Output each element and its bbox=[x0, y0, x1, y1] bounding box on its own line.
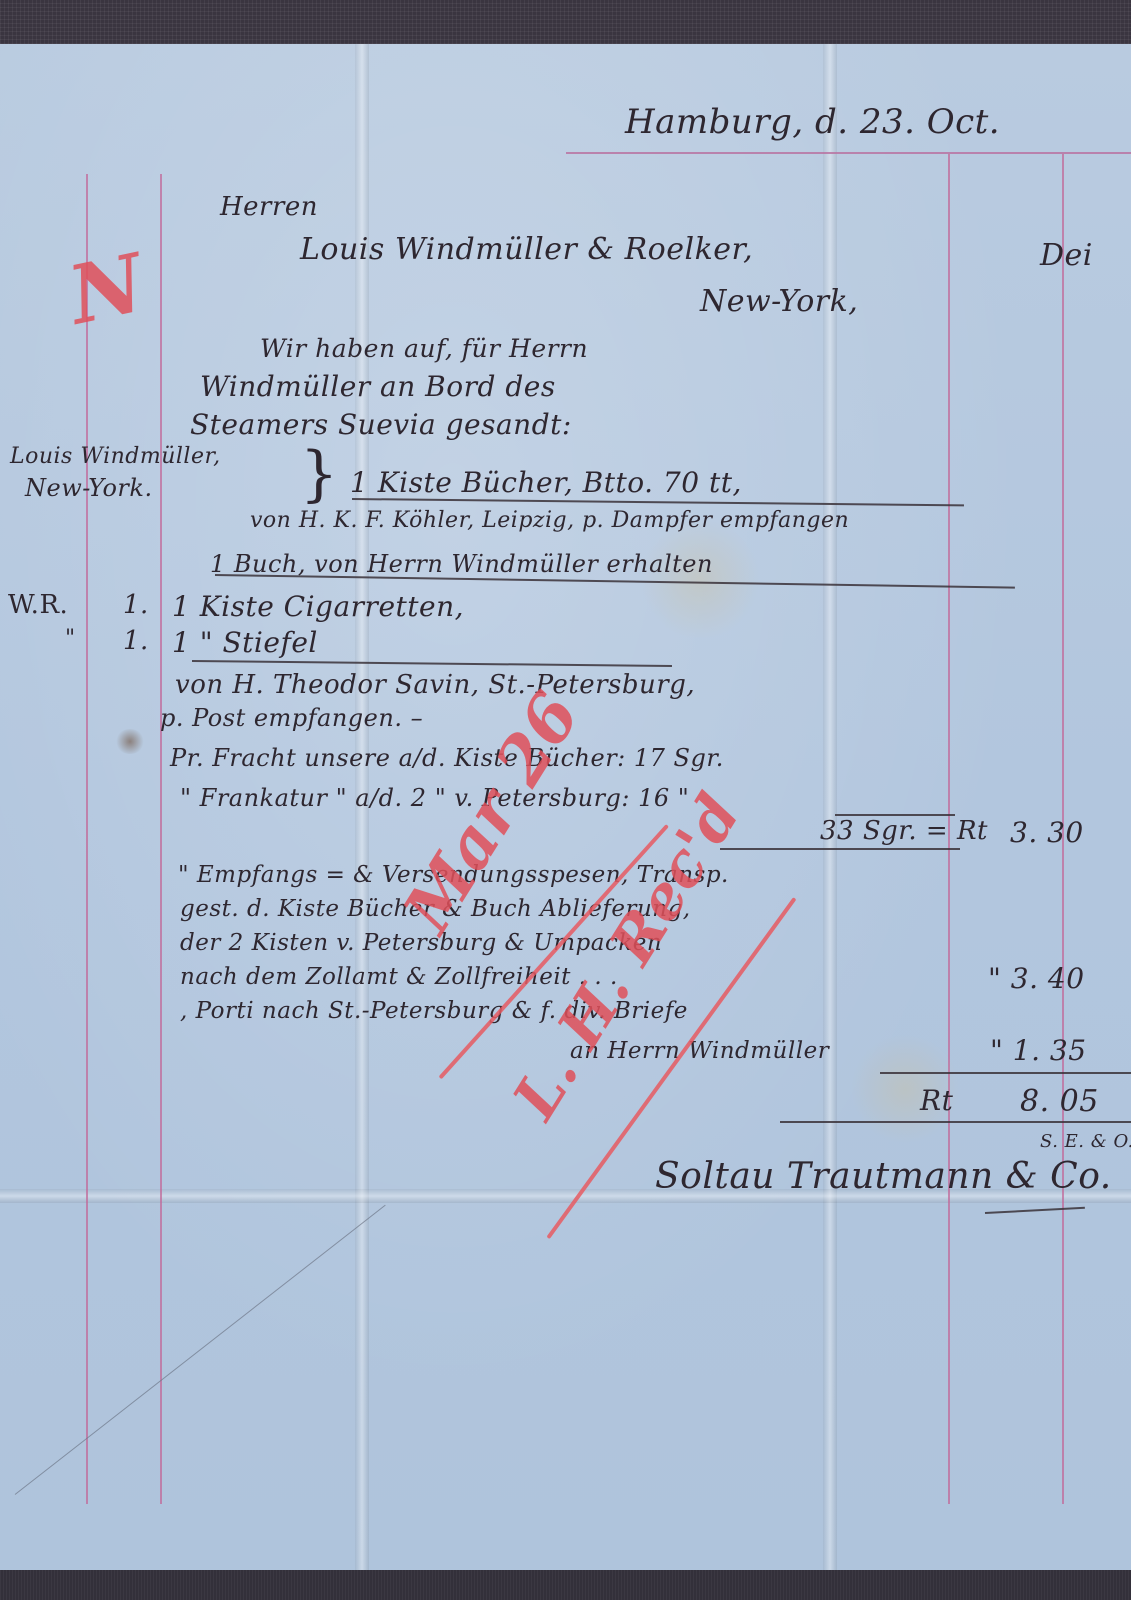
item-row-5: 1 " Stiefel bbox=[172, 626, 318, 659]
intro-line-2: Windmüller an Bord des bbox=[200, 370, 556, 403]
total-rule bbox=[780, 1121, 1131, 1123]
item-underline bbox=[352, 498, 964, 506]
place-date: Hamburg, d. 23. Oct. bbox=[625, 102, 1000, 142]
header-rule bbox=[566, 152, 1131, 154]
recipient-name: Louis Windmüller & Roelker, bbox=[300, 232, 753, 267]
body-line: nach dem Zollamt & Zollfreiheit . . . bbox=[180, 964, 618, 990]
margin-note-line-1: Louis Windmüller, bbox=[10, 444, 221, 469]
item-row-4: 1 Kiste Cigarretten, bbox=[172, 590, 464, 623]
scan-backdrop-top bbox=[0, 0, 1131, 44]
salutation: Herren bbox=[220, 192, 318, 222]
recipient-suffix: Dei bbox=[1040, 238, 1093, 273]
sum-rule bbox=[880, 1072, 1131, 1074]
item-row-1: 1 Kiste Bücher, Btto. 70 tt, bbox=[350, 466, 742, 499]
handling-value: " 3. 40 bbox=[988, 962, 1085, 995]
windmuller-value: " 1. 35 bbox=[990, 1034, 1087, 1067]
brace-symbol: } bbox=[300, 439, 339, 509]
paper-tear bbox=[15, 1205, 386, 1495]
item-mark-wr: W.R. bbox=[8, 590, 68, 620]
intro-line-1: Wir haben auf, für Herrn bbox=[260, 334, 588, 363]
signature: Soltau Trautmann & Co. bbox=[655, 1156, 1112, 1197]
body-line: p. Post empfangen. – bbox=[160, 704, 423, 732]
item-row-2: von H. K. F. Köhler, Leipzig, p. Dampfer… bbox=[250, 508, 849, 533]
paper-stain bbox=[640, 519, 760, 639]
item-row-3: 1 Buch, von Herrn Windmüller erhalten bbox=[210, 550, 713, 578]
scan-backdrop-bottom bbox=[0, 1570, 1131, 1600]
subtotal-label: 33 Sgr. = Rt bbox=[820, 816, 988, 846]
total-label: Rt bbox=[920, 1084, 953, 1117]
subtotal-value: 3. 30 bbox=[1010, 816, 1084, 849]
item-num: 1. bbox=[123, 590, 149, 620]
body-line: von H. Theodor Savin, St.-Petersburg, bbox=[175, 670, 695, 700]
letter-sheet: Hamburg, d. 23. Oct. Herren Louis Windmü… bbox=[0, 44, 1131, 1570]
body-line: Pr. Fracht unsere a/d. Kiste Bücher: 17 … bbox=[170, 744, 724, 772]
item-num: 1. bbox=[123, 626, 149, 656]
errors-excepted: S. E. & O. bbox=[1040, 1131, 1131, 1152]
item-underline bbox=[192, 660, 672, 667]
body-line: " Frankatur " a/d. 2 " v. Petersburg: 16… bbox=[180, 784, 689, 812]
margin-rule bbox=[160, 174, 162, 1504]
red-annotation-line-2: L. H. Rec'd bbox=[500, 782, 754, 1131]
item-mark-ditto: " bbox=[65, 626, 76, 651]
fold-line-vertical bbox=[823, 44, 837, 1570]
margin-note-line-2: New-York. bbox=[25, 474, 153, 502]
total-value: 8. 05 bbox=[1020, 1084, 1099, 1119]
paper-blemish bbox=[115, 729, 145, 754]
sum-rule bbox=[720, 848, 960, 850]
margin-rule bbox=[86, 174, 88, 1504]
red-mark-n: N bbox=[61, 235, 152, 342]
intro-line-3: Steamers Suevia gesandt: bbox=[190, 408, 572, 441]
signature-flourish bbox=[985, 1207, 1085, 1214]
recipient-city: New-York, bbox=[700, 284, 858, 319]
